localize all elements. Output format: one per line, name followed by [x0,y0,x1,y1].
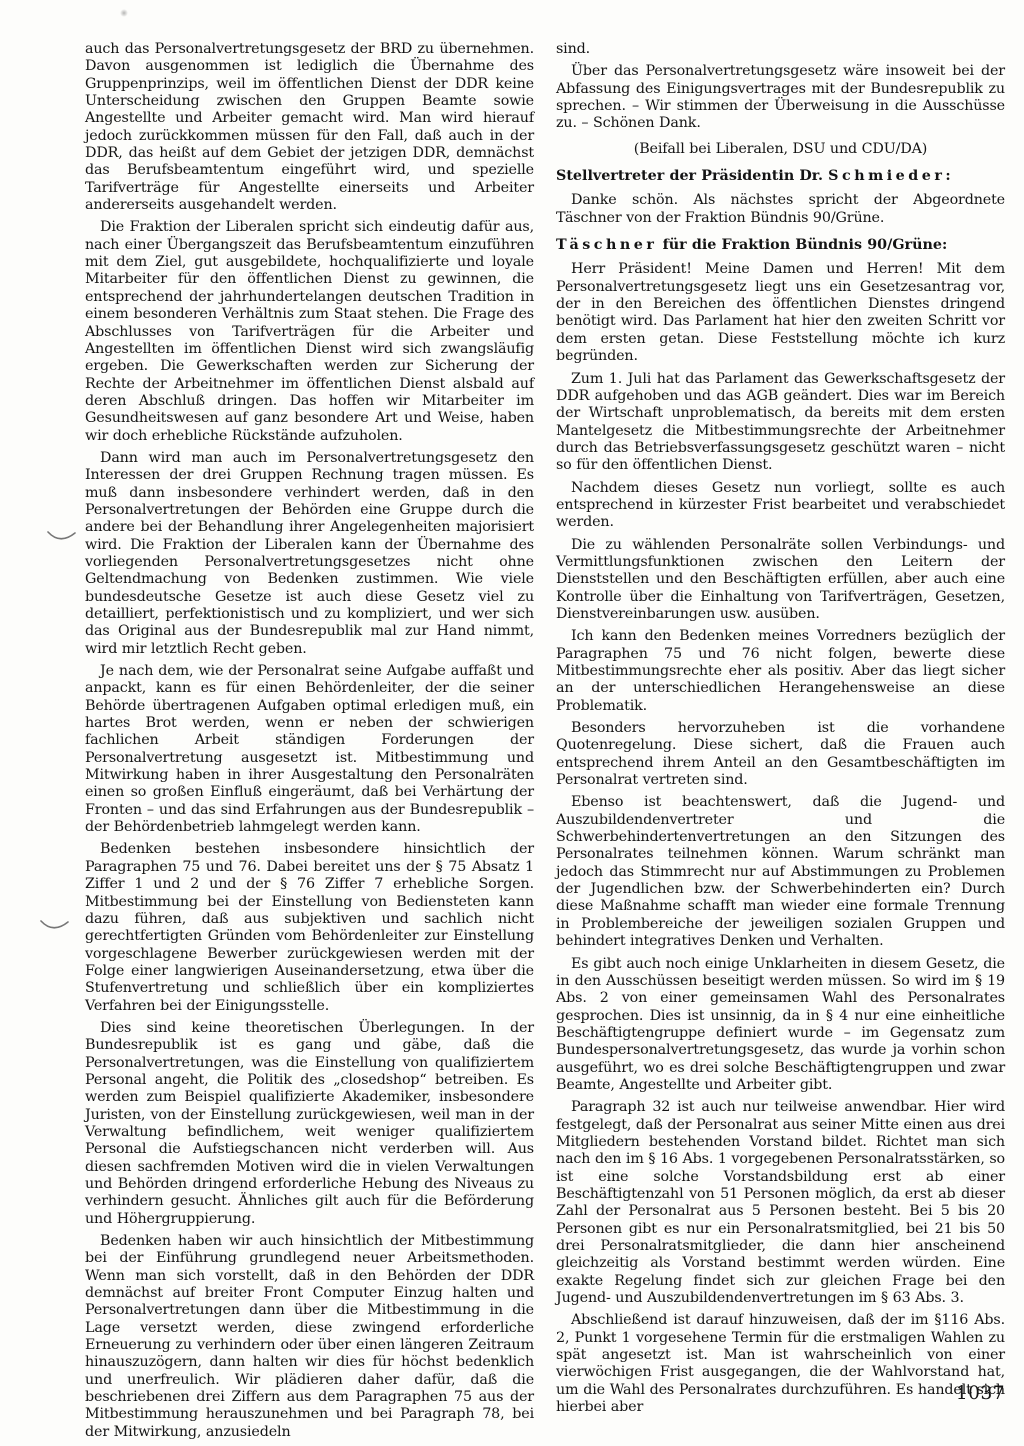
speaker-heading-taeschner: Täschner für die Fraktion Bündnis 90/Grü… [556,237,1005,254]
paragraph: Paragraph 32 ist auch nur teilweise anwe… [556,1099,1005,1307]
paragraph: Es gibt auch noch einige Unklarheiten in… [556,956,1005,1095]
paragraph: Besonders hervorzuheben ist die vorhande… [556,720,1005,789]
left-column: auch das Personalvertretungsgesetz der B… [85,41,534,1446]
paragraph: Über das Personalvertretungsgesetz wäre … [556,63,1005,132]
paragraph: Ich kann den Bedenken meines Vorredners … [556,628,1005,715]
paragraph: auch das Personalvertretungsgesetz der B… [85,41,534,214]
margin-pen-mark [46,528,78,548]
paragraph: Dann wird man auch im Personalvertretung… [85,450,534,658]
margin-pen-mark [39,917,71,937]
paragraph: Je nach dem, wie der Personalrat seine A… [85,663,534,836]
speaker-faction: für die Fraktion Bündnis 90/Grüne: [657,237,947,253]
paragraph: Die zu wählenden Personalräte sollen Ver… [556,537,1005,624]
right-column: sind. Über das Personalvertretungsgesetz… [556,41,1005,1421]
paragraph: sind. [556,41,1005,58]
paragraph: Bedenken bestehen insbesondere hinsichtl… [85,841,534,1014]
speaker-heading-schmieder: Stellvertreter der Präsidentin Dr. Schmi… [556,168,1005,185]
paragraph: Die Fraktion der Liberalen spricht sich … [85,219,534,444]
paragraph: Bedenken haben wir auch hinsichtlich der… [85,1233,534,1441]
applause-note: (Beifall bei Liberalen, DSU und CDU/DA) [556,141,1005,158]
paragraph: Danke schön. Als nächstes spricht der Ab… [556,192,1005,227]
scan-smudge [120,9,128,17]
speaker-name: Schmieder [828,168,945,184]
speaker-colon: : [945,168,950,184]
document-page: auch das Personalvertretungsgesetz der B… [0,0,1024,1446]
paragraph: Ebenso ist beachtenswert, daß die Jugend… [556,794,1005,950]
speaker-name: Täschner [556,237,657,253]
page-number: 1037 [930,1383,1005,1404]
paragraph: Nachdem dieses Gesetz nun vorliegt, soll… [556,480,1005,532]
paragraph: Dies sind keine theoretischen Überlegung… [85,1020,534,1228]
paragraph: Zum 1. Juli hat das Parlament das Gewerk… [556,371,1005,475]
speaker-role: Stellvertreter der Präsidentin Dr. [556,168,828,184]
paragraph: Herr Präsident! Meine Damen und Herren! … [556,261,1005,365]
